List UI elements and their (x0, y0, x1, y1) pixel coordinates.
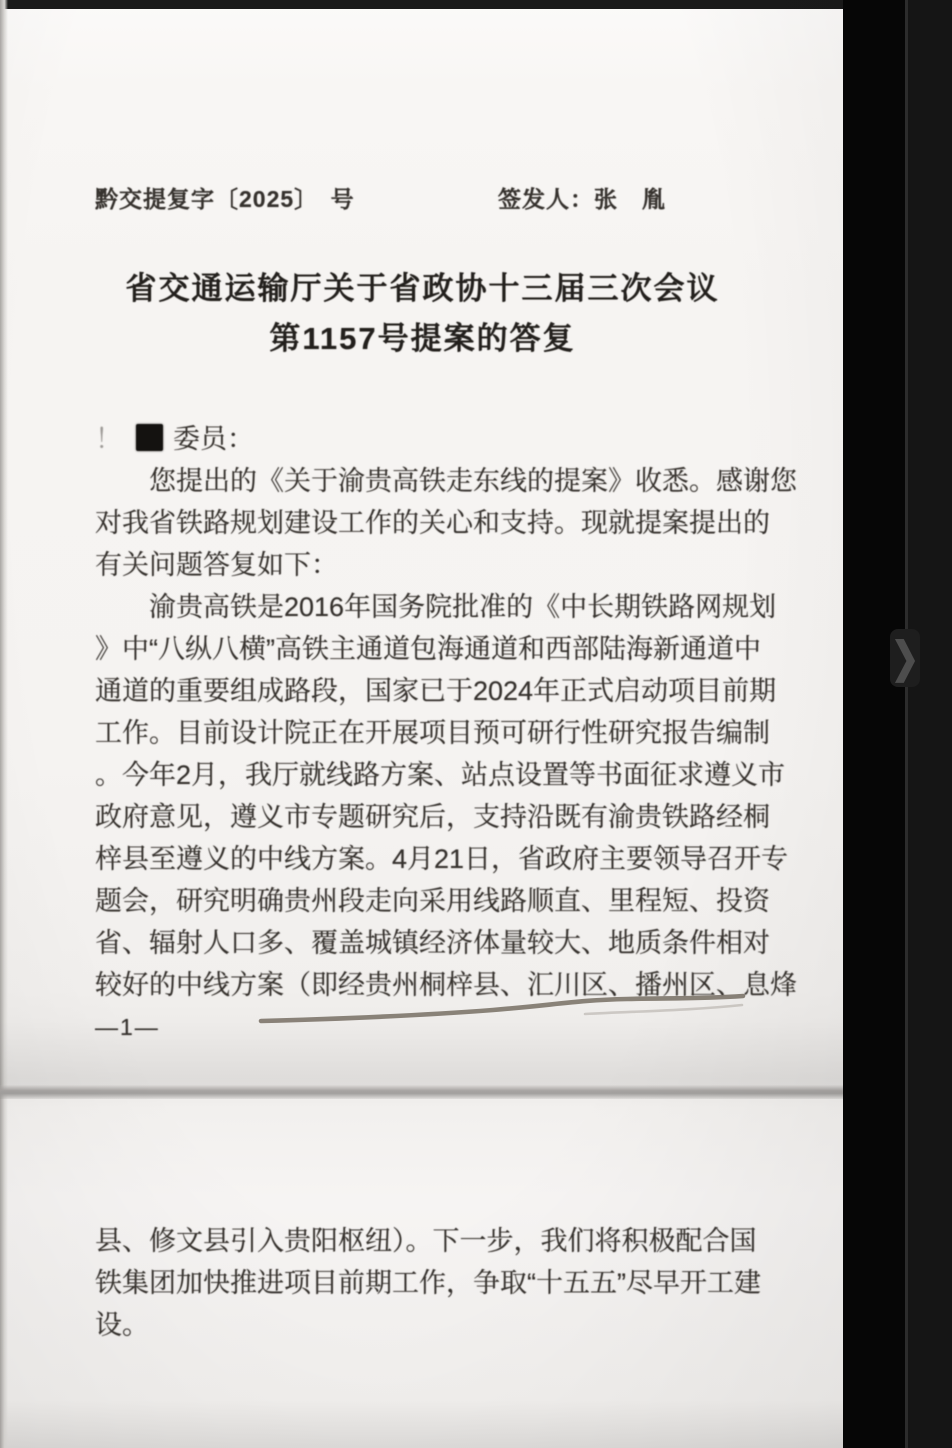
para2-line: 》中“八纵八横”高铁主通道包海通道和西部陆海新通道中 (95, 628, 750, 670)
para2-line: 工作。目前设计院正在开展项目预可研行性研究报告编制 (95, 712, 750, 754)
salutation-label: 委员： (173, 424, 254, 454)
viewer-right-panel (908, 0, 952, 1448)
doc-title-line2: 第1157号提案的答复 (55, 313, 790, 358)
page-separator-band (0, 1085, 843, 1099)
salutation-line: ！委员： (95, 418, 750, 460)
page2-line: 铁集团加快推进项目前期工作，争取“十五五”尽早开工建 (95, 1262, 750, 1304)
next-page-button[interactable]: ❯ (890, 629, 920, 687)
viewer-right-chrome (843, 0, 952, 1448)
para2-line: 通道的重要组成路段，国家已于2024年正式启动项目前期 (95, 670, 750, 712)
page1-body: ！委员： 您提出的《关于渝贵高铁走东线的提案》收悉。感谢您 对我省铁路规划建设工… (95, 418, 750, 1048)
salutation-faint-mark: ！ (95, 424, 122, 454)
para2-line: 省、辐射人口多、覆盖城镇经济体量较大、地质条件相对 (95, 922, 750, 964)
para2-line: 题会，研究明确贵州段走向采用线路顺直、里程短、投资 (95, 880, 750, 922)
doc-title-line1: 省交通运输厅关于省政协十三届三次会议 (55, 263, 790, 308)
page2-line: 设。 (95, 1304, 750, 1346)
redaction-box (136, 424, 163, 451)
para2-line: 梓县至遵义的中线方案。4月21日，省政府主要领导召开专 (95, 838, 750, 880)
para2-line: 渝贵高铁是2016年国务院批准的《中长期铁路网规划 (95, 586, 750, 628)
para1-line: 对我省铁路规划建设工作的关心和支持。现就提案提出的 (95, 502, 750, 544)
para2-line: 较好的中线方案（即经贵州桐梓县、汇川区、播州区、息烽 (95, 964, 750, 1006)
para2-line: 政府意见，遵义市专题研究后，支持沿既有渝贵铁路经桐 (95, 796, 750, 838)
document-photo: 黔交提复字〔2025〕 号 签发人：张 胤 省交通运输厅关于省政协十三届三次会议… (0, 0, 843, 1448)
para1-line: 有关问题答复如下： (95, 544, 750, 586)
chevron-right-icon: ❯ (891, 637, 920, 680)
page2-body: 县、修文县引入贵阳枢纽）。下一步，我们将积极配合国 铁集团加快推进项目前期工作，… (95, 1220, 750, 1346)
doc-issuer: 签发人：张 胤 (498, 181, 666, 214)
para1-line: 您提出的《关于渝贵高铁走东线的提案》收悉。感谢您 (95, 460, 750, 502)
para2-line: 。今年2月，我厅就线路方案、站点设置等书面征求遵义市 (95, 754, 750, 796)
viewer-stage: 黔交提复字〔2025〕 号 签发人：张 胤 省交通运输厅关于省政协十三届三次会议… (0, 0, 952, 1448)
photo-left-edge (0, 0, 8, 1448)
photo-top-edge (0, 0, 843, 9)
page2-line: 县、修文县引入贵阳枢纽）。下一步，我们将积极配合国 (95, 1220, 750, 1262)
page-fold-shadow (0, 1020, 843, 1085)
doc-ref-number: 黔交提复字〔2025〕 号 (95, 181, 355, 214)
screen-edge-divider (905, 0, 908, 1448)
